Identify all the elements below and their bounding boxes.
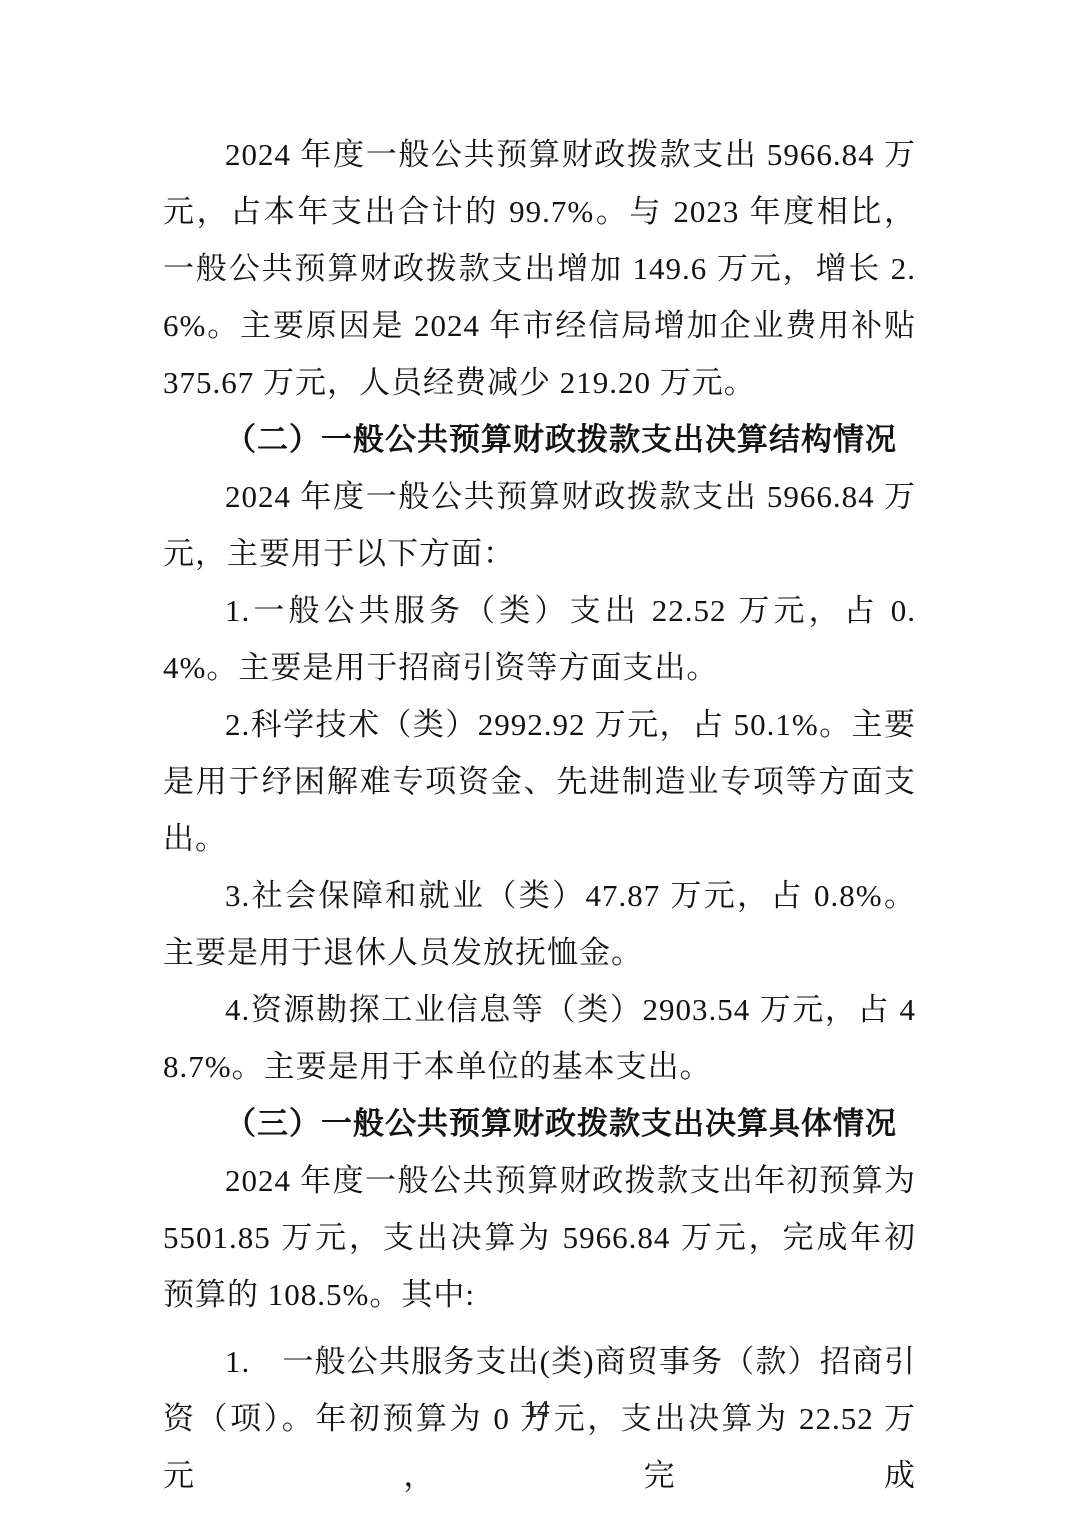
section-heading-3: （三）一般公共预算财政拨款支出决算具体情况	[163, 1095, 916, 1152]
document-body: 2024 年度一般公共预算财政拨款支出 5966.84 万元，占本年支出合计的 …	[163, 126, 916, 1504]
document-page: 2024 年度一般公共预算财政拨款支出 5966.84 万元，占本年支出合计的 …	[0, 0, 1074, 1520]
paragraph-specific-budget-summary: 2024 年度一般公共预算财政拨款支出年初预算为 5501.85 万元，支出决算…	[163, 1152, 916, 1323]
paragraph-item-3-social-security: 3.社会保障和就业（类）47.87 万元，占 0.8%。主要是用于退休人员发放抚…	[163, 867, 916, 981]
paragraph-structure-intro: 2024 年度一般公共预算财政拨款支出 5966.84 万元，主要用于以下方面：	[163, 468, 916, 582]
paragraph-fiscal-expenditure-summary: 2024 年度一般公共预算财政拨款支出 5966.84 万元，占本年支出合计的 …	[163, 126, 916, 411]
paragraph-item-1-general-public-services: 1.一般公共服务（类）支出 22.52 万元，占 0.4%。主要是用于招商引资等…	[163, 582, 916, 696]
section-heading-2: （二）一般公共预算财政拨款支出决算结构情况	[163, 411, 916, 468]
paragraph-item-4-resource-exploration: 4.资源勘探工业信息等（类）2903.54 万元，占 48.7%。主要是用于本单…	[163, 981, 916, 1095]
paragraph-item-2-science-technology: 2.科学技术（类）2992.92 万元，占 50.1%。主要是用于纾困解难专项资…	[163, 696, 916, 867]
page-number: 14	[0, 1394, 1074, 1424]
